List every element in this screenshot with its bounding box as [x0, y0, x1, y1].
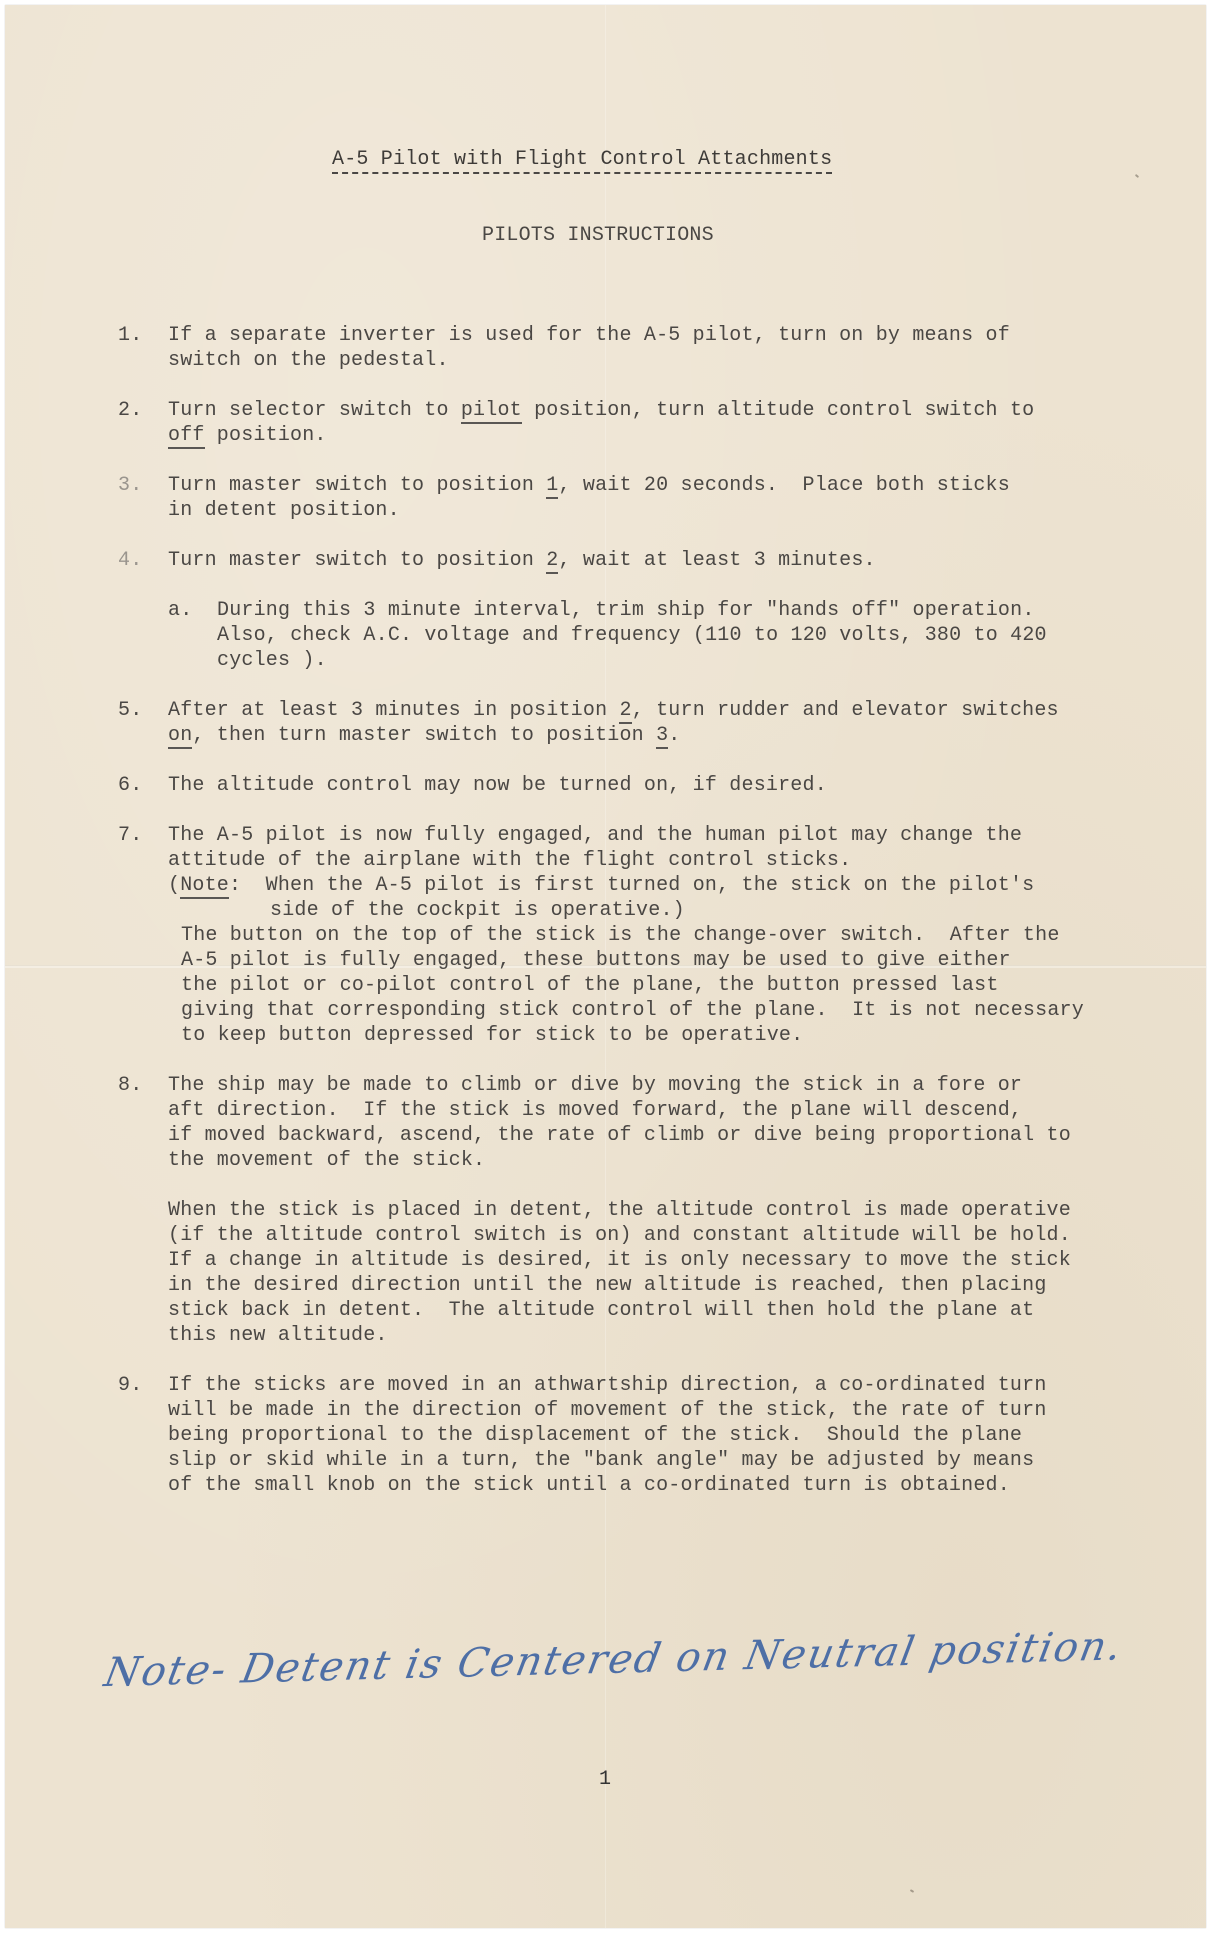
text-segment: , then turn master switch to position [192, 724, 656, 747]
item-line: attitude of the airplane with the flight… [168, 848, 851, 873]
paragraph-line: giving that corresponding stick control … [181, 998, 1084, 1023]
item-number: 2. [118, 398, 142, 423]
item-number: 6. [118, 773, 142, 798]
note-line: (Note: When the A-5 pilot is first turne… [168, 873, 1034, 898]
item-number: 1. [118, 323, 142, 348]
paragraph-line: the pilot or co-pilot control of the pla… [181, 973, 999, 998]
sub-item-letter: a. [168, 598, 192, 623]
text-segment: position. [205, 424, 327, 447]
paragraph-line: When the stick is placed in detent, the … [168, 1198, 1071, 1223]
document-title: A-5 Pilot with Flight Control Attachment… [332, 147, 832, 172]
underlined-word: 2 [546, 549, 558, 574]
underlined-word: 2 [619, 699, 631, 724]
document-page: A-5 Pilot with Flight Control Attachment… [5, 5, 1206, 1928]
paper-speck [910, 1889, 914, 1893]
text-segment: Turn master switch to position [168, 549, 546, 572]
item-number: 8. [118, 1073, 142, 1098]
item-line: If the sticks are moved in an athwartshi… [168, 1373, 1047, 1398]
page-number: 1 [599, 1767, 611, 1792]
item-line: on, then turn master switch to position … [168, 723, 681, 748]
underlined-word: off [168, 424, 205, 449]
item-line: being proportional to the displacement o… [168, 1423, 1022, 1448]
paragraph-line: in the desired direction until the new a… [168, 1273, 1047, 1298]
sub-item-line: cycles ). [217, 648, 327, 673]
text-segment: Turn selector switch to [168, 399, 461, 422]
item-line: off position. [168, 423, 327, 448]
handwritten-note: Note- Detent is Centered on Neutral posi… [101, 1623, 1127, 1696]
item-line: Turn master switch to position 1, wait 2… [168, 473, 1010, 498]
item-line: Turn selector switch to pilot position, … [168, 398, 1034, 423]
item-line: The ship may be made to climb or dive by… [168, 1073, 1022, 1098]
item-line: if moved backward, ascend, the rate of c… [168, 1123, 1071, 1148]
underlined-word: on [168, 724, 192, 749]
paragraph-line: this new altitude. [168, 1323, 388, 1348]
paragraph-line: stick back in detent. The altitude contr… [168, 1298, 1034, 1323]
text-segment: . [668, 724, 680, 747]
underlined-word: 3 [656, 724, 668, 749]
paragraph-line: If a change in altitude is desired, it i… [168, 1248, 1071, 1273]
item-number: 4. [118, 548, 142, 573]
item-line: The A-5 pilot is now fully engaged, and … [168, 823, 1022, 848]
paragraph-line: to keep button depressed for stick to be… [181, 1023, 803, 1048]
text-segment: : When the A-5 pilot is first turned on,… [229, 874, 1034, 897]
item-line: aft direction. If the stick is moved for… [168, 1098, 1022, 1123]
item-number: 3. [118, 473, 142, 498]
note-label: Note [180, 874, 229, 899]
text-segment: , wait 20 seconds. Place both sticks [558, 474, 1009, 497]
document-subtitle: PILOTS INSTRUCTIONS [482, 223, 714, 248]
text-segment: After at least 3 minutes in position [168, 699, 619, 722]
item-line: Turn master switch to position 2, wait a… [168, 548, 876, 573]
underlined-word: 1 [546, 474, 558, 499]
paragraph-line: (if the altitude control switch is on) a… [168, 1223, 1071, 1248]
item-line: slip or skid while in a turn, the "bank … [168, 1448, 1034, 1473]
sub-item-line: Also, check A.C. voltage and frequency (… [217, 623, 1047, 648]
paragraph-line: The button on the top of the stick is th… [181, 923, 1060, 948]
document-title-text: A-5 Pilot with Flight Control Attachment… [332, 148, 832, 174]
text-segment: Turn master switch to position [168, 474, 546, 497]
item-line: switch on the pedestal. [168, 348, 449, 373]
item-number: 5. [118, 698, 142, 723]
item-number: 9. [118, 1373, 142, 1398]
item-number: 7. [118, 823, 142, 848]
paragraph-line: A-5 pilot is fully engaged, these button… [181, 948, 1011, 973]
underlined-word: pilot [461, 399, 522, 424]
paper-speck [1135, 174, 1139, 178]
item-line: in detent position. [168, 498, 400, 523]
item-line: If a separate inverter is used for the A… [168, 323, 1010, 348]
sub-item-line: During this 3 minute interval, trim ship… [217, 598, 1035, 623]
item-line: After at least 3 minutes in position 2, … [168, 698, 1059, 723]
note-line: side of the cockpit is operative.) [270, 898, 685, 923]
item-line: will be made in the direction of movemen… [168, 1398, 1047, 1423]
text-segment: position, turn altitude control switch t… [522, 399, 1034, 422]
text-segment: , wait at least 3 minutes. [558, 549, 875, 572]
item-line: The altitude control may now be turned o… [168, 773, 827, 798]
text-segment: , turn rudder and elevator switches [632, 699, 1059, 722]
item-line: of the small knob on the stick until a c… [168, 1473, 1010, 1498]
item-line: the movement of the stick. [168, 1148, 485, 1173]
